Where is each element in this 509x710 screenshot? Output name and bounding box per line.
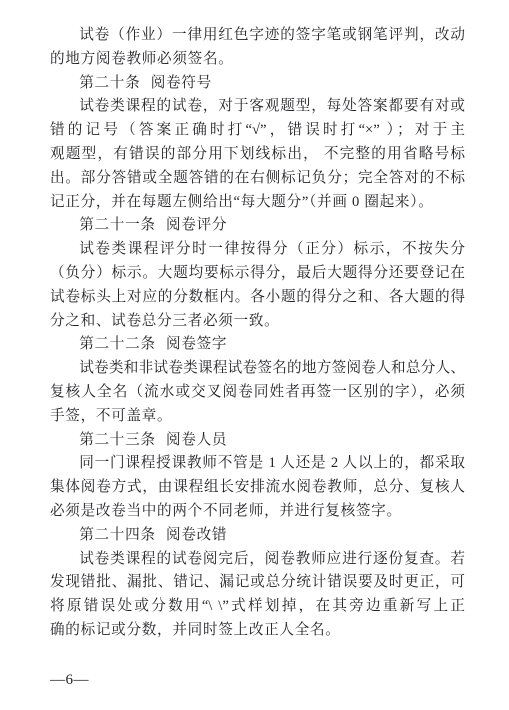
document-line: 分之和、试卷总分三者必须一致。 xyxy=(50,310,465,334)
document-line: 记正分，并在每题左侧给出“每大题分”（并画 0 圈起来）。 xyxy=(50,191,465,215)
document-line: 必须是改卷当中的两个不同老师，并进行复核签字。 xyxy=(50,500,465,524)
document-line: 第二十条 阅卷符号 xyxy=(50,72,465,96)
document-line: 的地方阅卷教师必须签名。 xyxy=(50,48,465,72)
document-line: 将原错误处或分数用“\ \”式样划掉，在其旁边重新写上正 xyxy=(50,595,465,619)
document-line: 第二十四条 阅卷改错 xyxy=(50,524,465,548)
document-page: 试卷（作业）一律用红色字迹的签字笔或钢笔评判，改动 的地方阅卷教师必须签名。 第… xyxy=(0,0,509,710)
document-line: 试卷标头上对应的分数框内。各小题的得分之和、各大题的得 xyxy=(50,286,465,310)
document-line: 确的标记或分数，并同时签上改正人全名。 xyxy=(50,619,465,643)
page-number: —6— xyxy=(50,671,465,689)
document-line: 试卷（作业）一律用红色字迹的签字笔或钢笔评判，改动 xyxy=(50,24,465,48)
document-line: 第二十一条 阅卷评分 xyxy=(50,214,465,238)
document-line: 试卷类和非试卷类课程试卷签名的地方签阅卷人和总分人、 xyxy=(50,357,465,381)
document-line: 复核人全名（流水或交叉阅卷同姓者再签一区别的字），必须 xyxy=(50,381,465,405)
document-line: 出。部分答错或全题答错的在右侧标记负分；完全答对的不标 xyxy=(50,167,465,191)
document-line: 试卷类课程的试卷，对于客观题型，每处答案都要有对或 xyxy=(50,95,465,119)
document-line: 试卷类课程的试卷阅完后，阅卷教师应进行逐份复查。若 xyxy=(50,548,465,572)
document-line: 试卷类课程评分时一律按得分（正分）标示，不按失分 xyxy=(50,238,465,262)
document-line: 手签，不可盖章。 xyxy=(50,405,465,429)
document-line: 错的记号（答案正确时打“√”，错误时打“×” ）；对于主 xyxy=(50,119,465,143)
document-line: （负分）标示。大题均要标示得分，最后大题得分还要登记在 xyxy=(50,262,465,286)
document-line: 第二十三条 阅卷人员 xyxy=(50,429,465,453)
document-body: 试卷（作业）一律用红色字迹的签字笔或钢笔评判，改动 的地方阅卷教师必须签名。 第… xyxy=(50,24,465,643)
document-line: 观题型，有错误的部分用下划线标出， 不完整的用省略号标 xyxy=(50,143,465,167)
document-line: 集体阅卷方式，由课程组长安排流水阅卷教师，总分、复核人 xyxy=(50,476,465,500)
document-line: 同一门课程授课教师不管是 1 人还是 2 人以上的，都采取 xyxy=(50,452,465,476)
document-line: 发现错批、漏批、错记、漏记或总分统计错误要及时更正，可 xyxy=(50,571,465,595)
document-line: 第二十二条 阅卷签字 xyxy=(50,333,465,357)
